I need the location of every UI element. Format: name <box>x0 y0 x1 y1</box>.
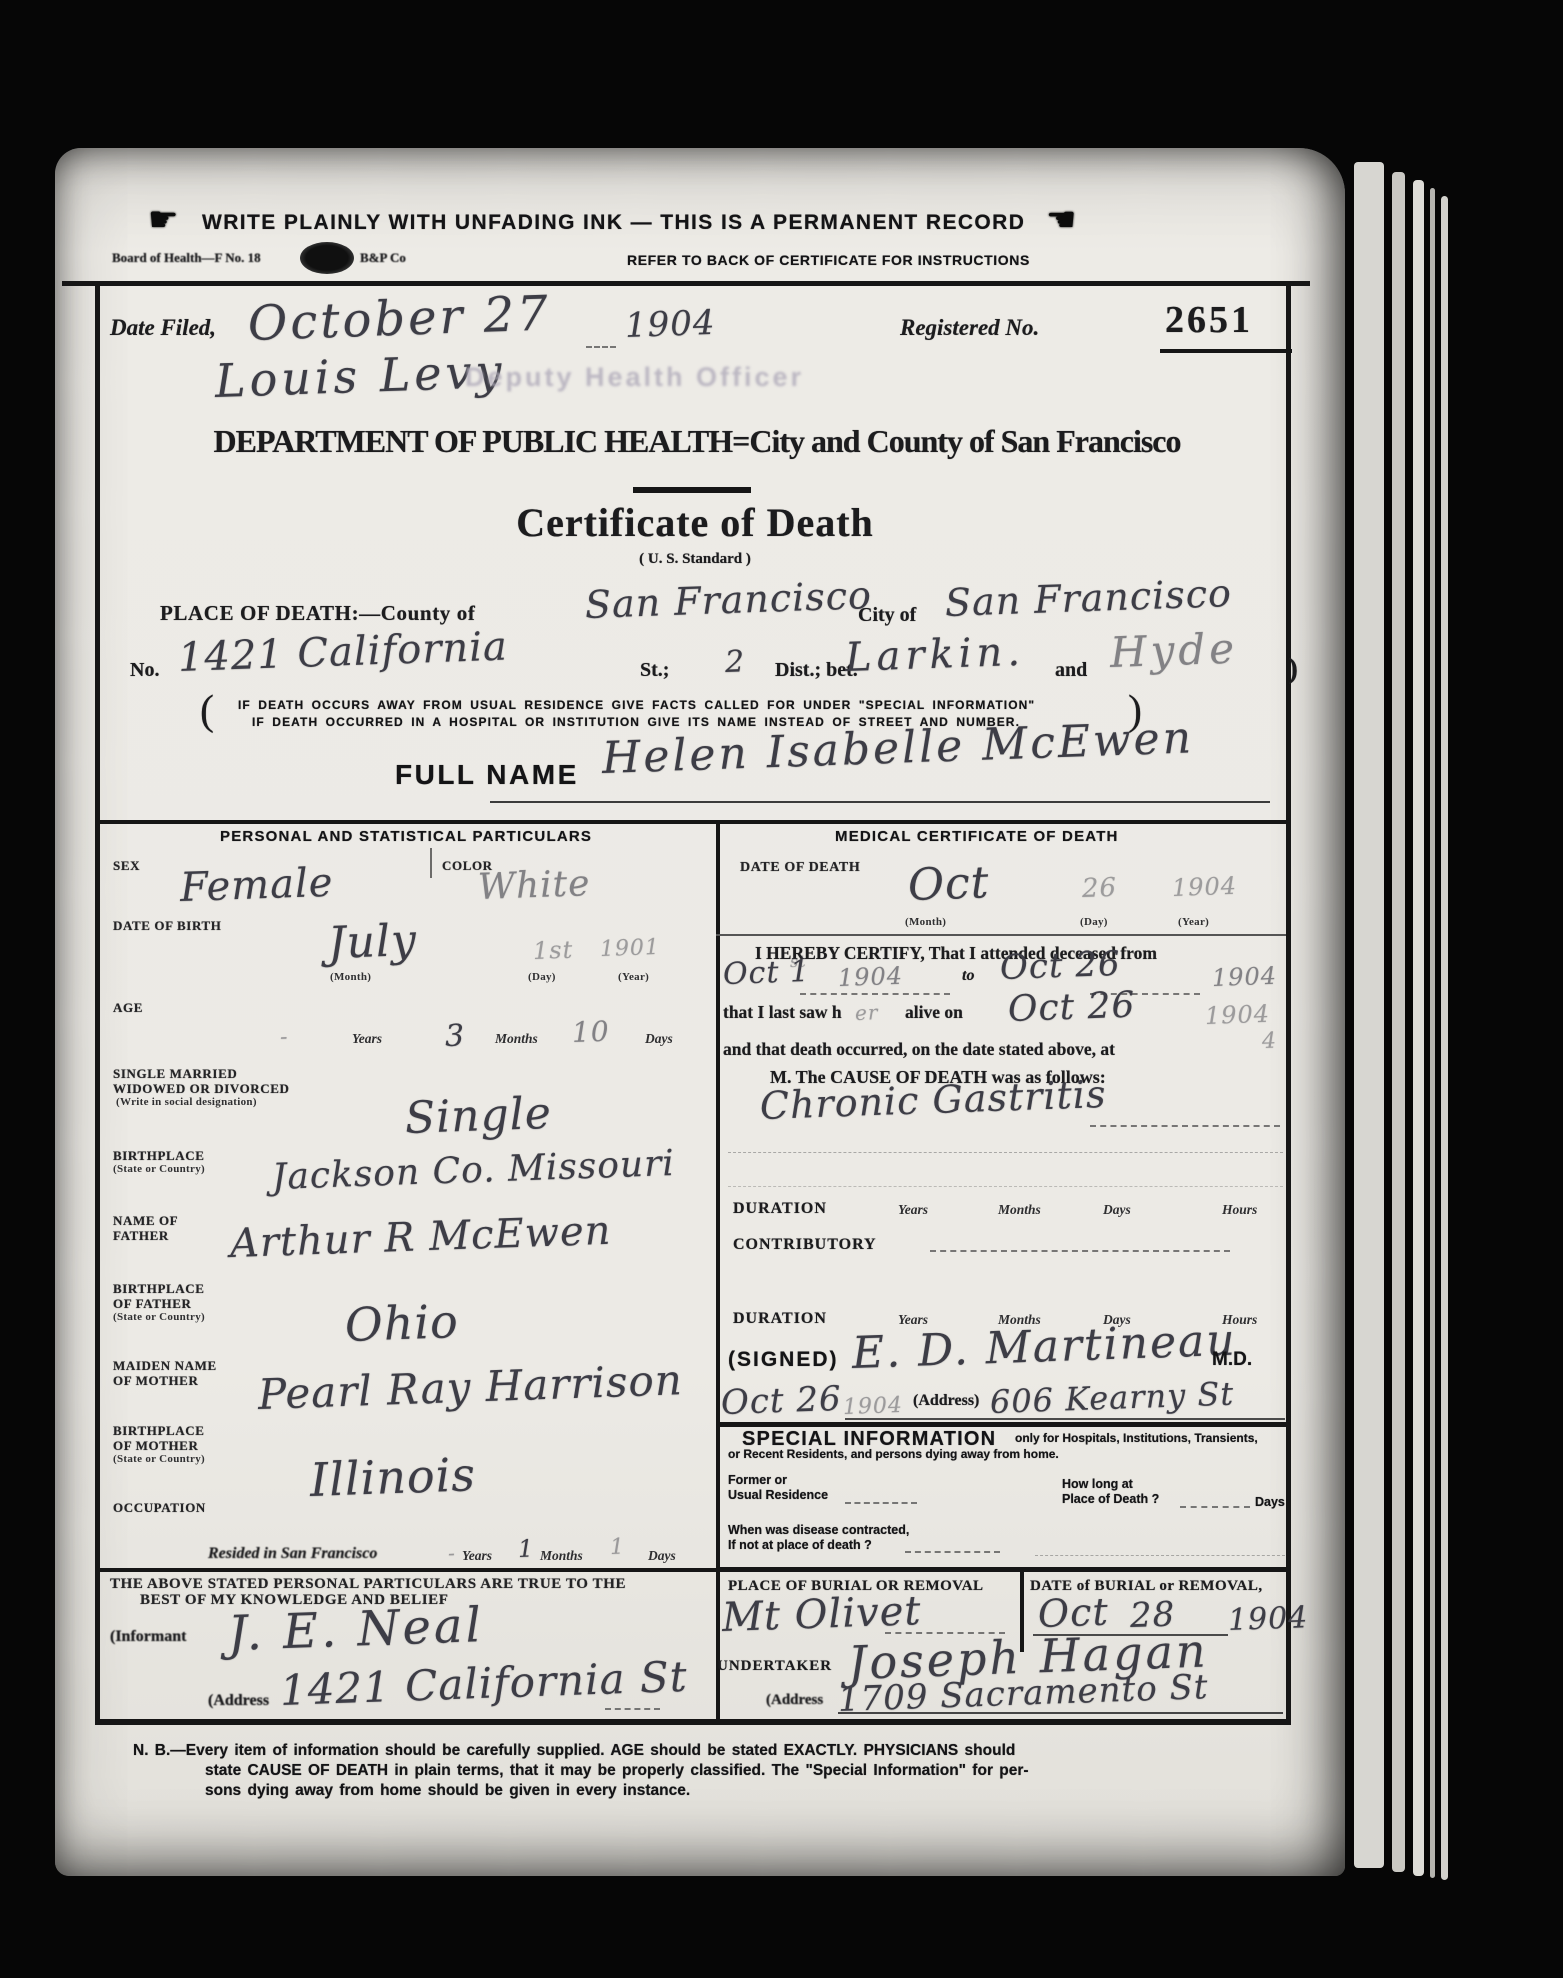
duration-label-2: DURATION <box>733 1310 827 1328</box>
day-caption: (Day) <box>1080 916 1108 928</box>
photo-background: ☛ WRITE PLAINLY WITH UNFADING INK — THIS… <box>0 0 1563 1978</box>
days-caption: Days <box>645 1031 673 1047</box>
contributory-label: CONTRIBUTORY <box>733 1236 877 1254</box>
box-border-right <box>1286 281 1291 1724</box>
dash <box>800 993 950 995</box>
full-name-label: FULL NAME <box>395 760 579 791</box>
rule <box>1160 349 1292 353</box>
alive-on-label: alive on <box>905 1003 963 1022</box>
press-name: B&P Co <box>360 251 406 265</box>
informant-value: J. E. Neal <box>227 1599 485 1661</box>
mother-label-2: OF MOTHER <box>113 1373 198 1389</box>
refer-note: REFER TO BACK OF CERTIFICATE FOR INSTRUC… <box>627 253 1030 268</box>
months-caption: Months <box>540 1548 583 1564</box>
column-divider <box>716 820 720 1723</box>
last-saw-line: that I last saw h <box>723 1003 842 1022</box>
attest-line-1: THE ABOVE STATED PERSONAL PARTICULARS AR… <box>110 1576 626 1593</box>
hours-caption: Hours <box>1222 1202 1257 1218</box>
date-filed-year: 1904 <box>624 305 716 346</box>
field-divider <box>430 848 432 878</box>
resided-months: 1 <box>610 1535 626 1560</box>
date-filed-label: Date Filed, <box>110 315 216 340</box>
dash <box>728 1152 1283 1153</box>
page-edge <box>1441 196 1448 1880</box>
former-residence-label-2: Usual Residence <box>728 1489 828 1503</box>
dash <box>605 1708 660 1710</box>
st-label: St.; <box>640 659 669 681</box>
state-caption: (State or Country) <box>113 1163 205 1175</box>
marital-value: Single <box>404 1090 552 1143</box>
father-bp-label-1: BIRTHPLACE <box>113 1281 205 1297</box>
age-years: 3 <box>444 1019 465 1053</box>
medical-header: MEDICAL CERTIFICATE OF DEATH <box>835 829 1119 846</box>
death-hour: 4 <box>1262 1029 1278 1054</box>
dash <box>1180 1506 1250 1508</box>
dob-day: 1st <box>533 937 574 965</box>
days-caption: Days <box>1103 1202 1131 1218</box>
state-caption: (State or Country) <box>113 1311 205 1323</box>
how-long-label-1: How long at <box>1062 1478 1133 1492</box>
personal-header: PERSONAL AND STATISTICAL PARTICULARS <box>220 829 592 846</box>
birthplace-label: BIRTHPLACE <box>113 1148 205 1164</box>
clerk-signature: Louis Levy <box>214 346 506 407</box>
informant-label: (Informant <box>110 1628 186 1646</box>
age-dash: - <box>280 1026 289 1050</box>
resided-label: Resided in San Francisco <box>208 1545 377 1563</box>
street-no-label: No. <box>130 659 159 681</box>
last-saw-pronoun: er <box>855 1001 879 1024</box>
father-bp-label-2: OF FATHER <box>113 1296 191 1312</box>
signature-underline <box>845 1418 1285 1420</box>
dash <box>728 1186 1283 1187</box>
to-label: to <box>962 967 974 985</box>
dob-year: 1901 <box>600 936 661 962</box>
last-saw-date: Oct 26 <box>1007 986 1136 1030</box>
death-year: 1904 <box>1172 873 1238 902</box>
department-title: DEPARTMENT OF PUBLIC HEALTH=City and Cou… <box>213 424 1180 459</box>
special-info-sub-2: or Recent Residents, and persons dying a… <box>728 1448 1059 1461</box>
residence-note-1: IF DEATH OCCURS AWAY FROM USUAL RESIDENC… <box>238 699 1035 712</box>
undertaker-address-label: (Address <box>766 1692 823 1709</box>
physician-address-value: 606 Kearny St <box>989 1376 1234 1420</box>
between1-value: Larkin. <box>844 630 1025 680</box>
contracted-label-2: If not at place of death ? <box>728 1539 872 1553</box>
mother-label-1: MAIDEN NAME <box>113 1358 217 1374</box>
months-caption: Months <box>998 1202 1041 1218</box>
box-border-left <box>95 281 100 1724</box>
how-long-label-2: Place of Death ? <box>1062 1493 1159 1507</box>
dash <box>905 1551 1000 1553</box>
special-rule <box>716 1422 1291 1427</box>
days-suffix: Days <box>1255 1496 1285 1510</box>
title-divider <box>633 487 751 493</box>
closing-paren: ) <box>1288 652 1298 685</box>
dash <box>930 1250 1230 1252</box>
former-residence-label-1: Former or <box>728 1474 787 1488</box>
undertaker-label: UNDERTAKER <box>717 1658 832 1675</box>
father-label-1: NAME OF <box>113 1213 178 1229</box>
dob-label: DATE OF BIRTH <box>113 918 221 934</box>
attended-to-year: 1904 <box>1212 963 1278 992</box>
place-of-death-label: PLACE OF DEATH:—County of <box>160 602 475 625</box>
full-name-underline <box>490 801 1270 803</box>
state-caption: (State or Country) <box>113 1453 205 1465</box>
last-saw-year: 1904 <box>1205 1001 1271 1030</box>
death-month: Oct <box>907 859 990 910</box>
banner-text: WRITE PLAINLY WITH UNFADING INK — THIS I… <box>202 211 1025 234</box>
color-value: White <box>477 864 591 907</box>
marital-label-3: (Write in social designation) <box>116 1096 257 1108</box>
date-of-death-label: DATE OF DEATH <box>740 860 860 876</box>
attended-to-date: Oct 26 <box>999 946 1121 988</box>
rule <box>716 934 1286 936</box>
dash <box>1035 1555 1285 1556</box>
attest-rule <box>95 1568 716 1572</box>
dash <box>586 346 616 348</box>
marital-label-2: WIDOWED OR DIVORCED <box>113 1081 290 1097</box>
registered-label: Registered No. <box>900 315 1039 340</box>
md-label: M.D. <box>1212 1350 1252 1371</box>
father-bp-value: Ohio <box>344 1296 459 1351</box>
years-caption: Years <box>352 1031 382 1047</box>
days-caption: Days <box>648 1548 676 1564</box>
special-info-sub-1: only for Hospitals, Institutions, Transi… <box>1015 1432 1258 1445</box>
dob-month: July <box>327 917 418 968</box>
sex-label: SEX <box>113 858 140 874</box>
certificate-subtitle: ( U. S. Standard ) <box>639 551 751 568</box>
age-label: AGE <box>113 1000 143 1016</box>
ward-value: 2 <box>724 645 745 679</box>
signature-year: 1904 <box>843 1394 904 1420</box>
month-caption: (Month) <box>330 971 371 983</box>
dash <box>845 1502 917 1504</box>
mother-bp-label-1: BIRTHPLACE <box>113 1423 205 1439</box>
signed-label: (SIGNED) <box>728 1348 839 1371</box>
undertaker-address-underline <box>838 1712 1283 1714</box>
resided-dash: - <box>448 1542 457 1564</box>
registered-number: 2651 <box>1165 300 1253 342</box>
signature-date: Oct 26 <box>720 1381 842 1423</box>
duration-label: DURATION <box>733 1200 827 1218</box>
month-caption: (Month) <box>905 916 946 928</box>
nb-note-line-1: N. B.—Every item of information should b… <box>133 1742 1015 1759</box>
age-months: 10 <box>571 1017 610 1049</box>
press-seal-icon <box>300 242 354 274</box>
father-label-2: FATHER <box>113 1228 169 1244</box>
day-caption: (Day) <box>528 971 556 983</box>
burial-rule <box>716 1567 1291 1572</box>
attended-from-year: 1904 <box>838 963 904 992</box>
form-number: Board of Health—F No. 18 <box>112 251 261 265</box>
years-caption: Years <box>462 1548 492 1564</box>
mother-bp-label-2: OF MOTHER <box>113 1438 198 1454</box>
contracted-label-1: When was disease contracted, <box>728 1524 909 1538</box>
rule-top <box>62 281 1310 286</box>
city-label: City of <box>858 604 916 626</box>
page-edge <box>1413 180 1424 1876</box>
page-edge <box>1430 188 1435 1878</box>
date-filed-value: October 27 <box>247 287 552 350</box>
attended-from-suffix: st <box>790 952 807 970</box>
informant-address-label: (Address <box>208 1692 269 1710</box>
note-paren-open: ( <box>200 688 214 734</box>
burial-year: 1904 <box>1227 1601 1308 1637</box>
mother-bp-value: Illinois <box>309 1449 477 1505</box>
pointing-hand-icon: ☚ <box>1046 202 1076 239</box>
sex-value: Female <box>179 861 334 910</box>
months-caption: Months <box>495 1031 538 1047</box>
columns-top-rule <box>95 820 1286 824</box>
and-label: and <box>1055 659 1087 681</box>
death-occurred-line: and that death occurred, on the date sta… <box>723 1040 1115 1059</box>
certificate-title: Certificate of Death <box>516 501 874 545</box>
between2-value: Hyde <box>1109 626 1239 677</box>
years-caption: Years <box>898 1202 928 1218</box>
pointing-hand-icon: ☛ <box>148 202 178 239</box>
dash <box>1090 1125 1280 1127</box>
marital-label-1: SINGLE MARRIED <box>113 1066 237 1082</box>
nb-note-line-3: sons dying away from home should be give… <box>205 1782 690 1799</box>
occupation-label: OCCUPATION <box>113 1500 206 1516</box>
box-border-bottom <box>95 1719 1291 1725</box>
page-edge <box>1354 162 1384 1868</box>
nb-note-line-2: state CAUSE OF DEATH in plain terms, tha… <box>205 1762 1029 1779</box>
year-caption: (Year) <box>618 971 649 983</box>
death-day: 26 <box>1082 874 1118 904</box>
year-caption: (Year) <box>1178 916 1209 928</box>
health-officer-stamp: Deputy Health Officer <box>465 363 804 393</box>
page-edge <box>1392 172 1405 1872</box>
physician-address-label: (Address) <box>913 1392 979 1410</box>
resided-years: 1 <box>518 1535 535 1562</box>
